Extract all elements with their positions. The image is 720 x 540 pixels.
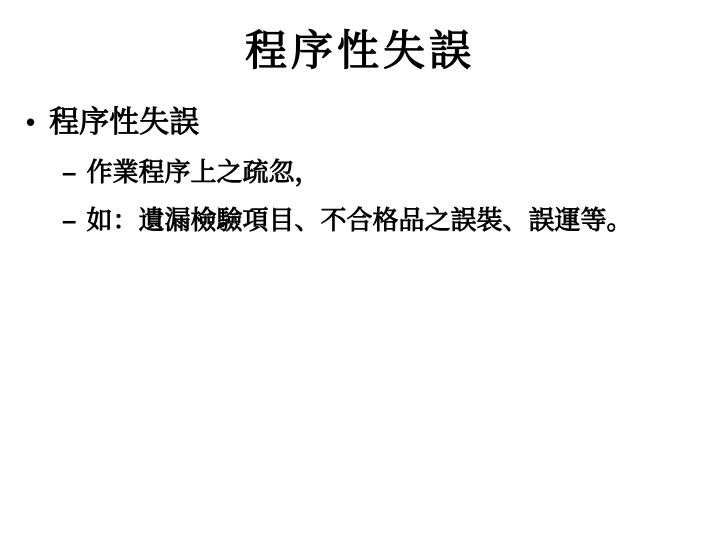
bullet-level2-text: 作業程序上之疏忽， xyxy=(86,156,320,190)
bullet-level1-text: 程序性失誤 xyxy=(49,104,199,142)
dash-marker-icon: – xyxy=(62,204,76,238)
bullet-level2-text: 如：遺漏檢驗項目、不合格品之誤裝、誤運等。 xyxy=(86,204,632,238)
slide: 程序性失誤 • 程序性失誤 – 作業程序上之疏忽， – 如：遺漏檢驗項目、不合格… xyxy=(0,0,720,540)
bullet-item-level1: • 程序性失誤 xyxy=(26,104,720,142)
slide-title: 程序性失誤 xyxy=(0,0,720,76)
bullet-dot-icon: • xyxy=(26,104,35,140)
dash-marker-icon: – xyxy=(62,156,76,190)
bullet-item-level2: – 如：遺漏檢驗項目、不合格品之誤裝、誤運等。 xyxy=(62,204,720,238)
bullet-item-level2: – 作業程序上之疏忽， xyxy=(62,156,720,190)
